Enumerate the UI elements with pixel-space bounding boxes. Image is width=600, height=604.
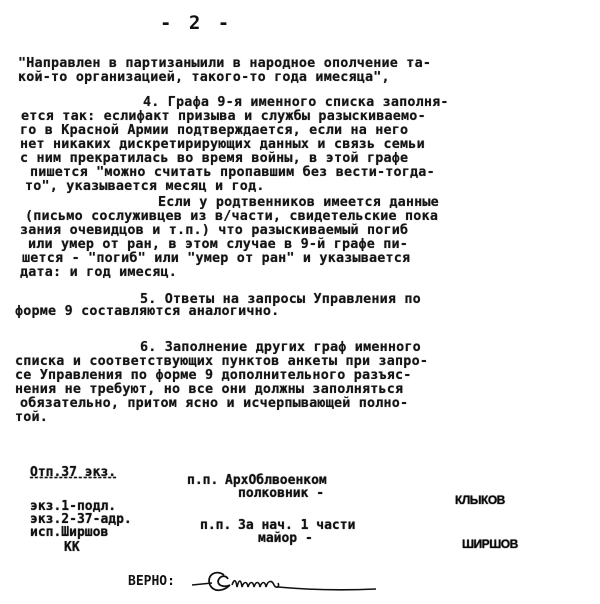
text-line: шется - "погиб" или "умер от ран" и указ… [22, 251, 410, 266]
typist-initials: КК [64, 541, 80, 555]
text-line: списка и соответствующих пунктов анкеты … [15, 354, 428, 369]
text-line: зания очевидцов и т.п.) что разыскиваемы… [20, 223, 408, 238]
text-line: ется так: еслифакт призыва и службы разы… [21, 109, 426, 124]
signatory-name: КЛЫКОВ [455, 493, 505, 507]
paragraph-heading-6: 6. Заполнение других граф именного [140, 340, 421, 355]
text-line: се Управления по форме 9 дополнительного… [15, 368, 412, 383]
signatory-rank: майор - [258, 532, 313, 546]
executor: исп.Ширшов [30, 526, 108, 540]
text-line: то", указывается месяц и год. [25, 179, 265, 194]
text-line: или умер от ран, в этом случае в 9-й гра… [28, 237, 408, 252]
text-line: (письмо сослуживцев из в/части, свидетел… [25, 209, 438, 224]
text-line: форме 9 составляются аналогично. [15, 304, 279, 319]
signed-marker: п.п. [187, 474, 218, 488]
signed-marker: п.п. [200, 519, 231, 533]
certified-label: ВЕРНО: [128, 574, 175, 589]
text-line: пишется "можно считать пропавшим без вес… [30, 165, 435, 180]
signatory-name: ШИРШОВ [462, 537, 518, 551]
paragraph-heading-4: 4. Графа 9-я именного списка заполня- [143, 95, 449, 110]
text-line: "Направлен в партизаныили в народное опо… [18, 56, 431, 71]
text-line: кой-то организацией, такого-то года имес… [18, 70, 390, 85]
text-line: дата: и год имесяц. [20, 265, 177, 280]
handwritten-signature-icon [190, 565, 380, 599]
text-line: обязательно, притом ясно и исчерпывающей… [20, 396, 408, 411]
text-line: той. [15, 410, 48, 425]
text-line: нет никаких дискретирирующих данных и св… [20, 137, 425, 152]
text-line: нения не требуют, но все они должны запо… [15, 382, 403, 397]
page-number: - 2 - [160, 12, 232, 34]
signatory-rank: полковник - [238, 487, 324, 501]
text-line: с ним прекратилась во время войны, в это… [20, 151, 408, 166]
archival-document-page: - 2 - "Направлен в партизаныили в народн… [0, 0, 600, 604]
text-line: Если у родтвенников имеется данные [158, 195, 439, 210]
copies-count: Отп.37 экз. [30, 466, 116, 480]
text-line: го в Красной Армии подтверждается, если … [20, 123, 408, 138]
